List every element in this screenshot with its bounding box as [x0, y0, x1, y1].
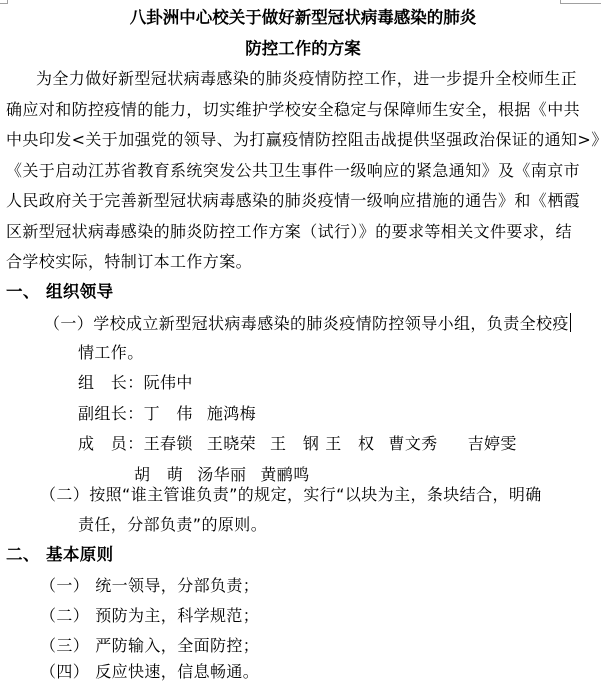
page-corner-mark-left: [0, 0, 8, 4]
intro-line-6: 区新型冠状病毒感染的肺炎防控工作方案（试行）》的要求等相关文件要求，结: [6, 222, 572, 242]
intro-line-1: 为全力做好新型冠状病毒感染的肺炎疫情防控工作，进一步提升全校师生正: [36, 69, 577, 89]
leader-name: 阮伟中: [144, 373, 193, 392]
member-name: 王 权: [325, 434, 374, 453]
item-text: 统一领导，分部负责；: [95, 576, 259, 595]
item-number: （二）: [40, 606, 89, 625]
section2-item-3: （三）严防输入，全面防控；: [40, 636, 259, 656]
intro-line-4: 《关于启动江苏省教育系统突发公共卫生事件一级响应的紧急通知》及《南京市: [6, 161, 580, 181]
section1-item1-line2: 情工作。: [78, 343, 144, 363]
section2-item-1: （一）统一领导，分部负责；: [40, 576, 259, 596]
item-number: （一）: [40, 576, 89, 595]
member-name: 汤华丽: [197, 465, 246, 484]
intro-line-3: 中央印发<关于加强党的领导、为打赢疫情防控阻击战提供坚强政治保证的通知>》: [6, 130, 606, 150]
section1-item2-line1: （二）按照“谁主管谁负责”的规定，实行“以块为主，条块结合，明确: [40, 485, 542, 505]
item-text: 预防为主，科学规范；: [95, 606, 259, 625]
item-text: 严防输入，全面防控；: [95, 636, 259, 655]
item-number: （三）: [40, 636, 89, 655]
leader-row: 组 长：阮伟中: [78, 373, 193, 393]
intro-line-5: 人民政府关于完善新型冠状病毒感染的肺炎疫情一级响应措施的通告》和《栖霞: [6, 191, 580, 211]
intro-line-7: 合学校实际，特制订本工作方案。: [6, 252, 252, 272]
deputy-name: 施鸿梅: [207, 404, 256, 423]
member-name: 王晓荣: [207, 434, 256, 453]
document-title-line1: 八卦洲中心校关于做好新型冠状病毒感染的肺炎: [0, 8, 606, 28]
deputy-label: 副组长：: [78, 404, 144, 423]
member-name: 胡 萌: [134, 465, 183, 484]
member-name: 王 钢: [270, 434, 319, 453]
section2-item-4: （四）反应快速，信息畅通。: [40, 662, 259, 682]
member-name: 王春锁: [144, 434, 193, 453]
item-text: 反应快速，信息畅通。: [95, 662, 259, 681]
section1-item1-text: （一）学校成立新型冠状病毒感染的肺炎疫情防控领导小组，负责全校疫: [44, 314, 569, 333]
section2-item-2: （二）预防为主，科学规范；: [40, 606, 259, 626]
page-corner-mark-right: [560, 0, 601, 4]
section1-item2-line2: 责任，分部负责”的原则。: [78, 515, 267, 535]
section1-heading: 一、 组织领导: [6, 282, 114, 302]
item-number: （四）: [40, 662, 89, 681]
members-row-2: 胡 萌汤华丽黄鹂鸣: [134, 465, 310, 485]
member-name: 吉婷雯: [468, 434, 517, 453]
member-name: 黄鹂鸣: [260, 465, 309, 484]
leader-label: 组 长：: [78, 373, 144, 392]
intro-line-2: 确应对和防控疫情的能力，切实维护学校安全稳定与保障师生安全，根据《中共: [6, 100, 580, 120]
document-title-line2: 防控工作的方案: [0, 39, 606, 59]
section2-heading: 二、 基本原则: [6, 545, 114, 565]
members-label: 成 员：: [78, 434, 144, 453]
deputy-name: 丁 伟: [144, 404, 193, 423]
text-cursor: [570, 313, 571, 332]
section1-item1-line1: （一）学校成立新型冠状病毒感染的肺炎疫情防控领导小组，负责全校疫: [44, 313, 571, 334]
member-name: 曹文秀: [388, 434, 437, 453]
members-row-1: 成 员：王春锁王晓荣王 钢王 权曹文秀吉婷雯: [78, 434, 517, 454]
deputy-row: 副组长：丁 伟施鸿梅: [78, 404, 256, 424]
